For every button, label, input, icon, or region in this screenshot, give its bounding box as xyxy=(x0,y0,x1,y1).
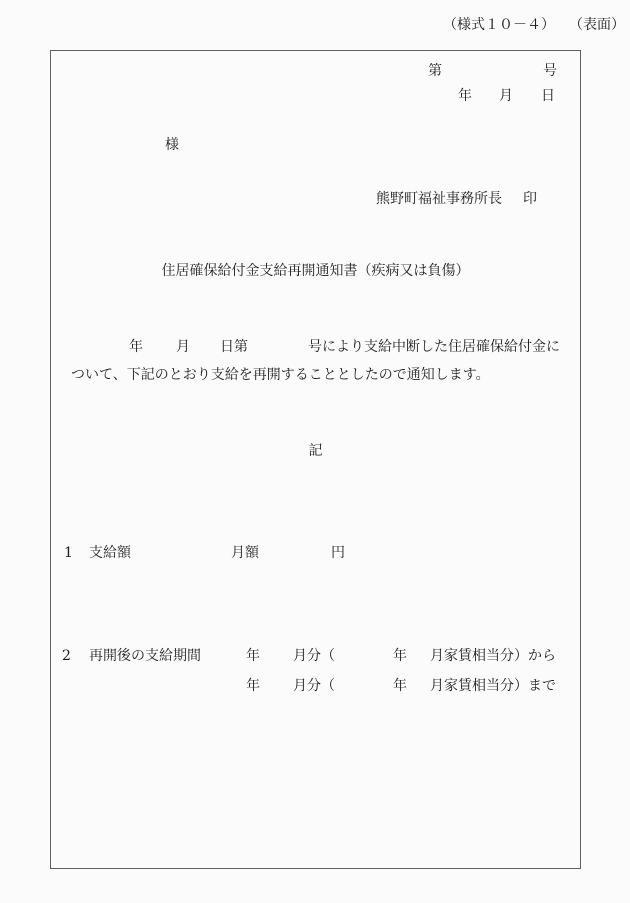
item2-from-month-part: 月分（ xyxy=(293,648,335,664)
item2-from-year2: 年 xyxy=(393,648,407,664)
item1-number: 1 xyxy=(64,545,73,561)
item2-from-year: 年 xyxy=(246,648,260,664)
item1-label: 支給額 xyxy=(89,545,131,561)
form-header: （様式１０－４） （表面） xyxy=(443,14,625,34)
doc-number-prefix: 第 xyxy=(428,63,442,79)
item2-number: 2 xyxy=(62,648,71,664)
doc-number-suffix: 号 xyxy=(543,63,557,79)
issue-date-year: 年 xyxy=(458,88,472,104)
item2-to-month-part: 月分（ xyxy=(293,678,335,694)
body-line1-day-no: 日第 xyxy=(220,339,248,355)
document-page: （様式１０－４） （表面） 第 号 年 月 日 様 熊野町福祉事務所長 印 住居… xyxy=(0,0,630,903)
item2-to-year2: 年 xyxy=(393,678,407,694)
item1-unit-label: 月額 xyxy=(231,545,259,561)
body-line1-month: 月 xyxy=(176,339,190,355)
item2-from-rent-part: 月家賃相当分）から xyxy=(430,648,556,664)
format-label: （様式１０－４） xyxy=(443,14,555,34)
item2-to-year: 年 xyxy=(246,678,260,694)
body-line1-rest: 号により支給中断した住居確保給付金に xyxy=(308,339,560,355)
item1-currency-label: 円 xyxy=(331,545,345,561)
issuer-title: 熊野町福祉事務所長 xyxy=(376,191,502,207)
item2-to-rent-part: 月家賃相当分）まで xyxy=(430,678,556,694)
item2-label: 再開後の支給期間 xyxy=(89,648,201,664)
document-frame: 第 号 年 月 日 様 熊野町福祉事務所長 印 住居確保給付金支給再開通知書（疾… xyxy=(50,50,581,869)
body-line2: ついて、下記のとおり支給を再開することとしたので通知します。 xyxy=(71,367,490,383)
record-heading: 記 xyxy=(51,443,580,459)
document-title: 住居確保給付金支給再開通知書（疾病又は負傷） xyxy=(51,263,580,279)
issue-date-month: 月 xyxy=(499,88,513,104)
issuer-seal: 印 xyxy=(523,191,537,207)
issue-date-day: 日 xyxy=(541,88,555,104)
addressee-honorific: 様 xyxy=(165,137,179,153)
side-label: （表面） xyxy=(569,14,625,34)
body-line1-year: 年 xyxy=(129,339,143,355)
